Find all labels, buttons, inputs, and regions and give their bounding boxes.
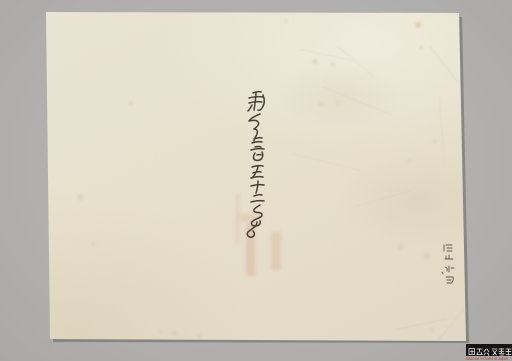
foxing-stain: [428, 327, 435, 333]
foxing-stain: [418, 45, 424, 50]
foxing-stain: [196, 334, 202, 339]
document-page: 勅令三百五十二号 假凸外司: [0, 0, 512, 361]
foxing-stain: [283, 18, 289, 23]
paper-crease: [439, 96, 446, 166]
foxing-stain: [414, 21, 422, 29]
archives-watermark-english: National Archives of Japan: [466, 357, 512, 361]
foxing-stain: [396, 243, 405, 251]
archives-watermark: 国立公文書館 National Archives of Japan: [466, 344, 512, 361]
scan-viewport: 勅令三百五十二号 假凸外司: [0, 0, 512, 361]
foxing-stain: [318, 101, 325, 107]
foxing-stain: [76, 193, 85, 201]
paper-crease: [395, 317, 446, 330]
paper-crease: [300, 48, 354, 61]
foxing-stain: [171, 330, 178, 336]
foxing-stain: [311, 58, 319, 65]
paper-crease: [322, 85, 392, 115]
paper-crease: [435, 306, 466, 341]
foxing-stain: [407, 159, 412, 163]
foxing-stain: [128, 100, 134, 106]
foxing-stain: [432, 139, 438, 144]
foxing-stain: [330, 62, 335, 67]
archives-watermark-kanji-text: 国立公文書館: [466, 344, 512, 355]
calligraphy-inscription: [233, 83, 319, 243]
foxing-stain: [90, 241, 97, 247]
archives-watermark-bar: 国立公文書館: [466, 344, 512, 356]
paper-crease: [355, 189, 413, 207]
foxing-stain: [422, 252, 432, 260]
side-annotation-text: 假凸外司: [442, 244, 455, 290]
foxing-stain: [335, 100, 340, 105]
foxing-stain: [158, 329, 162, 333]
paper-crease: [429, 45, 458, 82]
calligraphy-inscription-text: 勅令三百五十二号: [250, 88, 273, 238]
paper-crease: [337, 45, 375, 77]
